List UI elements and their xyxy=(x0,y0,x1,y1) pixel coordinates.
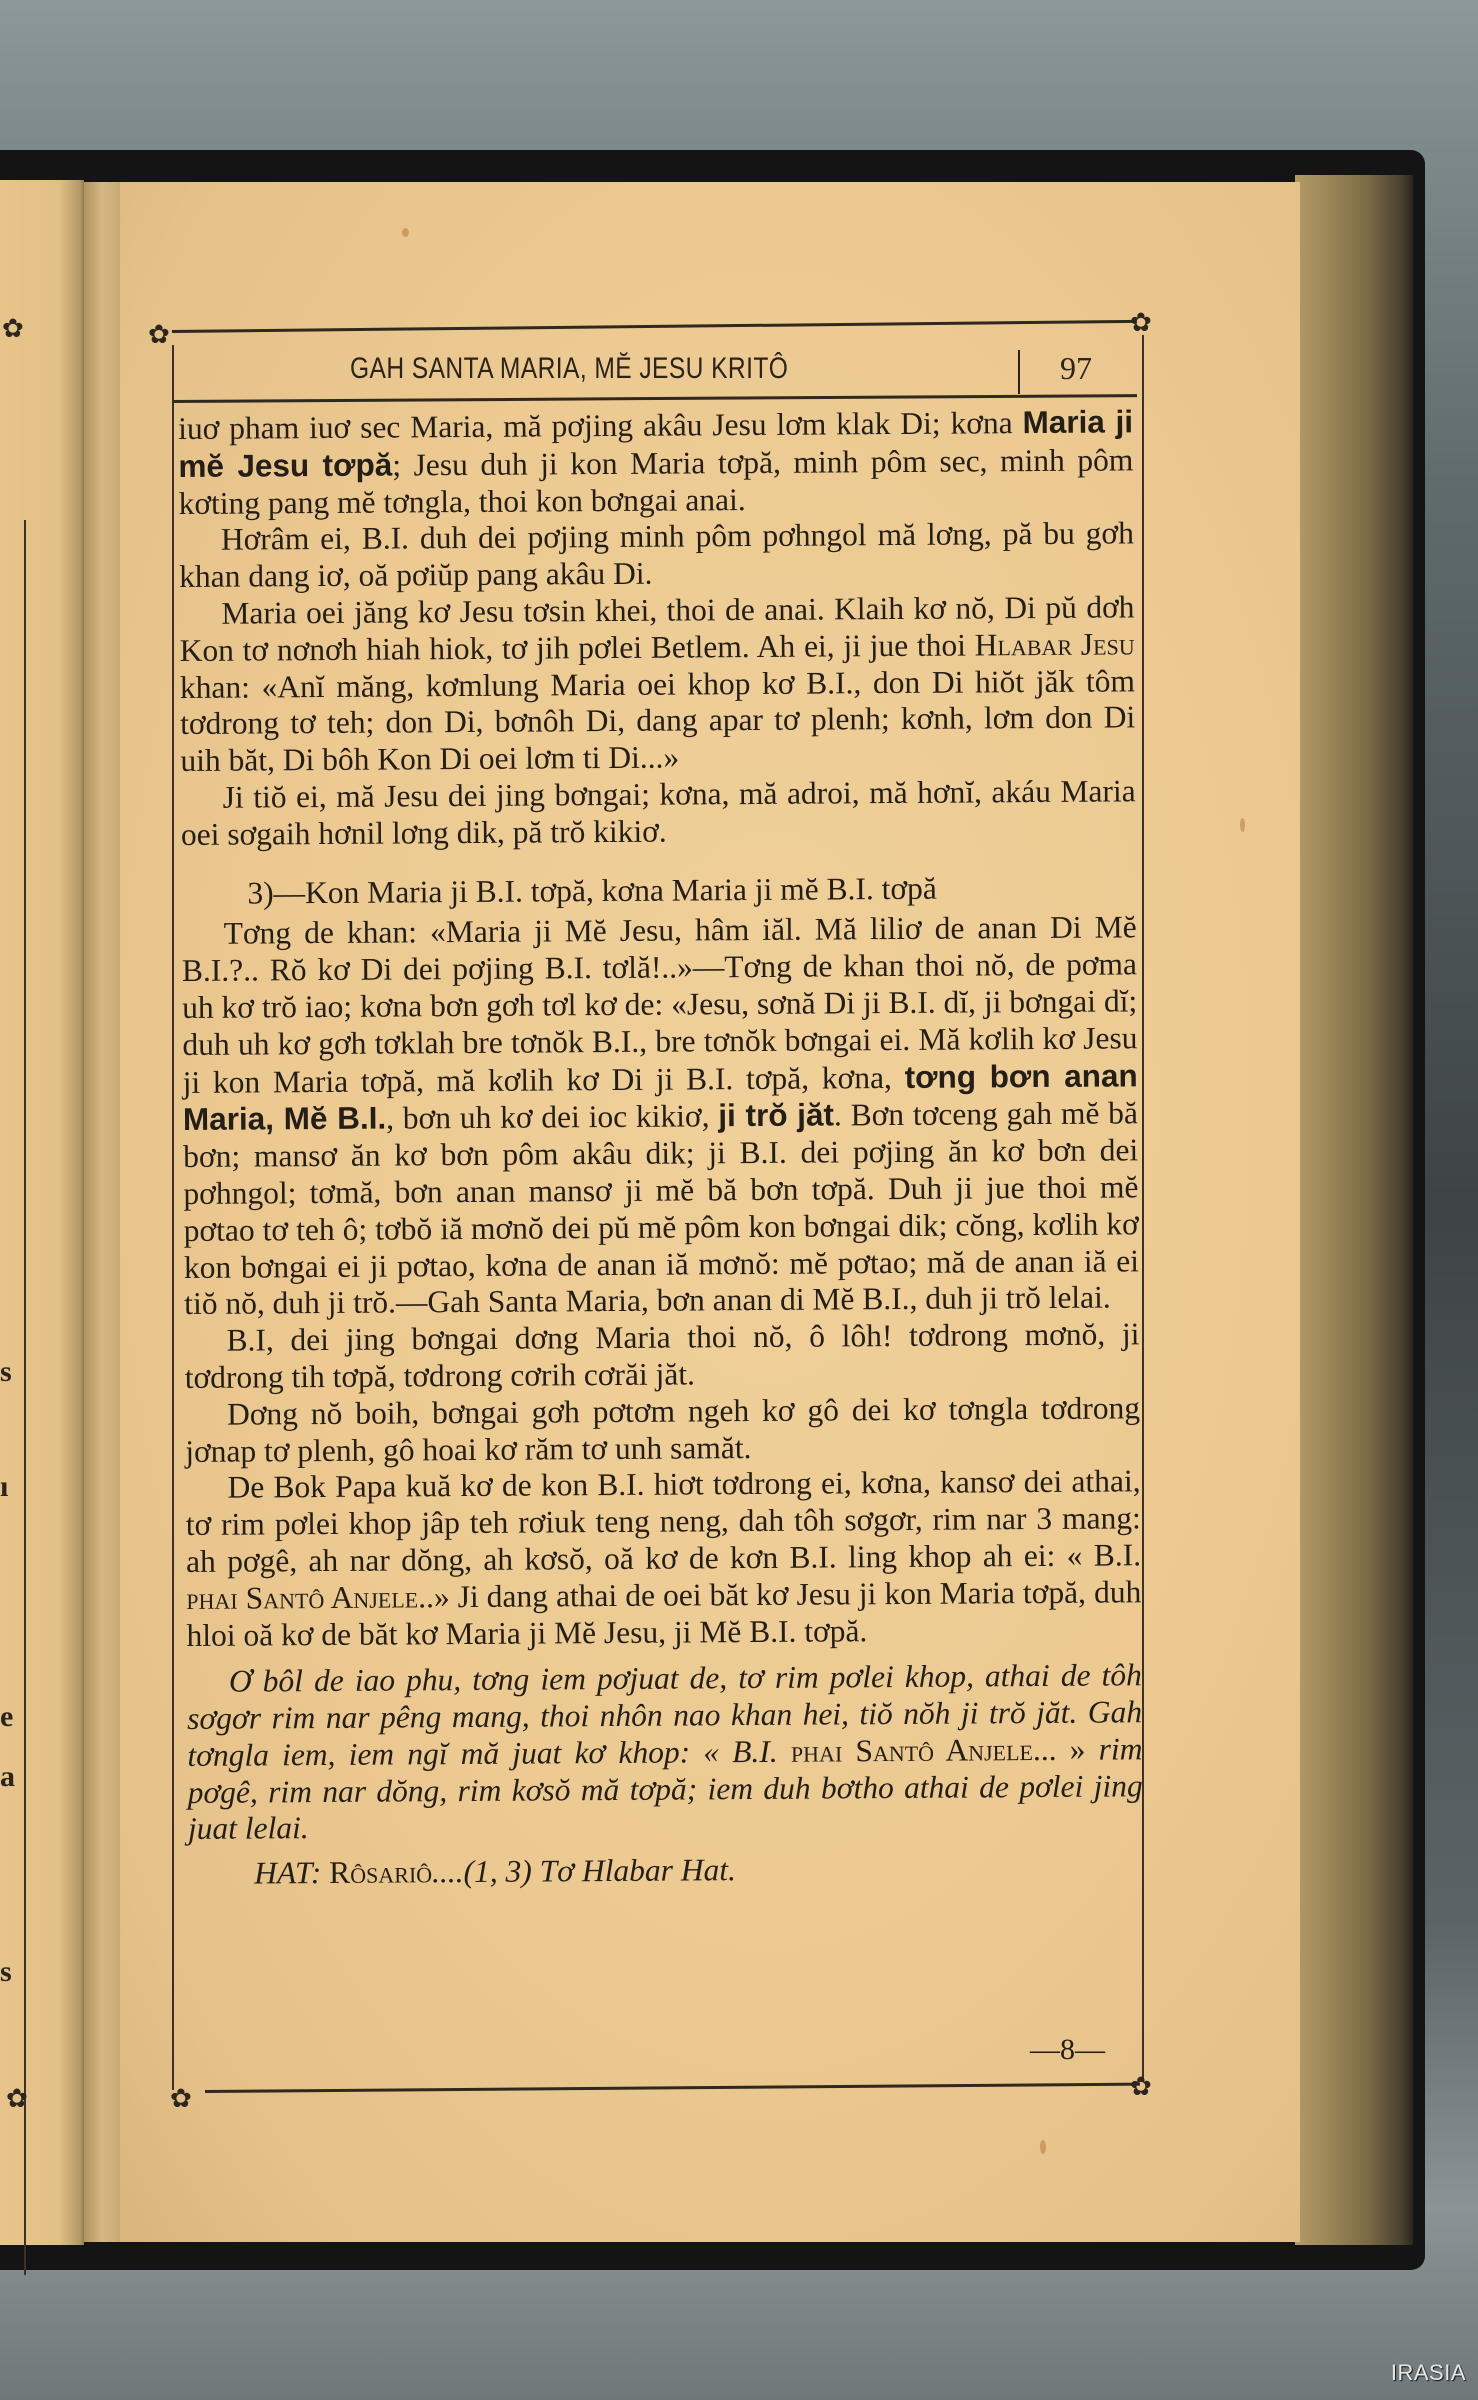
paragraph: De Bok Papa kuă kơ de kon B.I. hiơt tơdr… xyxy=(185,1464,1141,1655)
left-page-text-fragment: a xyxy=(0,1760,15,1794)
left-page-text-fragment: s xyxy=(0,1955,12,1989)
italic-paragraph: Ơ bôl de iao phu, tơng iem pơjuat de, tơ… xyxy=(187,1658,1143,1849)
flower-ornament-icon: ✿ xyxy=(2,316,24,342)
section-heading: 3)—Kon Maria ji B.I. tơpă, kơna Maria ji… xyxy=(181,869,1136,912)
frame-left-rule xyxy=(172,345,174,2090)
smallcaps-phrase: Hlabar Jesu xyxy=(975,626,1135,662)
page-stack-edge xyxy=(1295,175,1413,2245)
paper-stain xyxy=(1240,818,1245,832)
flower-ornament-icon: ✿ xyxy=(6,2086,28,2112)
paragraph: iuơ pham iuơ sec Maria, mă pơjing akâu J… xyxy=(178,403,1134,522)
paragraph: B.I, dei jing bơngai dơng Maria thoi nŏ,… xyxy=(184,1316,1139,1396)
running-header: GAH SANTA MARIA, MĔ JESU KRITÔ 97 xyxy=(180,350,1130,398)
left-page-text-fragment: ı xyxy=(0,1470,8,1504)
smallcaps-phrase: phai Santô Anjele xyxy=(186,1579,418,1616)
left-page-frame-line xyxy=(24,520,26,2275)
left-page-text-fragment: e xyxy=(0,1700,13,1734)
left-page xyxy=(0,180,84,2245)
page-number: 97 xyxy=(1060,350,1092,387)
flower-ornament-icon: ✿ xyxy=(1130,2074,1152,2100)
paragraph: Maria oei jăng kơ Jesu tơsin khei, thoi … xyxy=(179,589,1135,780)
flower-ornament-icon: ✿ xyxy=(170,2086,192,2112)
hymn-reference: HAT: Rôsariô....(1, 3) Tơ Hlabar Hat. xyxy=(188,1850,1143,1893)
signature-mark: —8— xyxy=(1030,2033,1105,2067)
smallcaps-phrase: phai Santô Anjele xyxy=(791,1732,1033,1769)
paper-stain xyxy=(1040,2140,1046,2154)
paragraph: Ji tiŏ ei, mă Jesu dei jing bơngai; kơna… xyxy=(181,773,1136,853)
running-title: GAH SANTA MARIA, MĔ JESU KRITÔ xyxy=(350,352,788,386)
body-text: iuơ pham iuơ sec Maria, mă pơjing akâu J… xyxy=(178,403,1143,1893)
left-page-text-fragment: s xyxy=(0,1355,12,1389)
watermark: IRASIA xyxy=(1391,2360,1466,2386)
bold-phrase: ji trŏ jăt xyxy=(718,1097,834,1134)
header-divider xyxy=(1018,350,1020,394)
flower-ornament-icon: ✿ xyxy=(1130,310,1152,336)
paper-stain xyxy=(402,228,409,237)
paragraph: Hơrâm ei, B.I. duh dei pơjing minh pôm p… xyxy=(179,516,1134,596)
paragraph: Dơng nŏ boih, bơngai gơh pơtơm ngeh kơ g… xyxy=(185,1390,1140,1470)
flower-ornament-icon: ✿ xyxy=(148,322,170,348)
paragraph: Tơng de khan: «Maria ji Mĕ Jesu, hâm iăl… xyxy=(182,910,1140,1323)
